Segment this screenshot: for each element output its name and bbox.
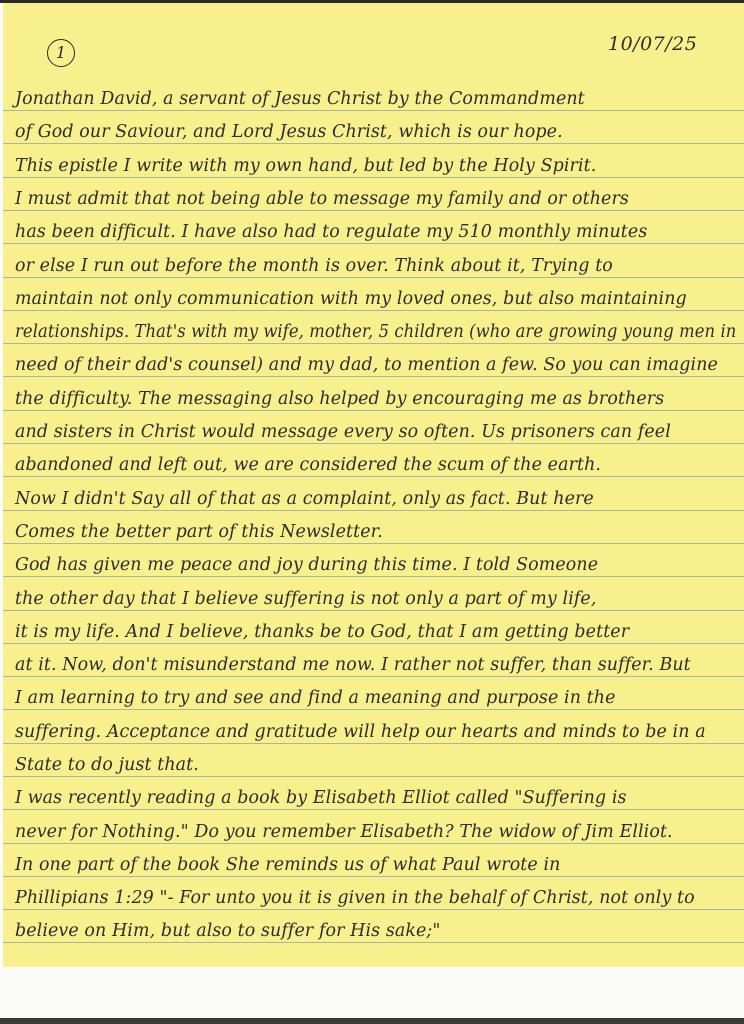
handwritten-line: of God our Saviour, and Lord Jesus Chris…: [15, 121, 737, 143]
handwritten-line: Jonathan David, a servant of Jesus Chris…: [15, 88, 737, 110]
handwritten-line: believe on Him, but also to suffer for H…: [15, 920, 737, 942]
legal-pad-page: 1 10/07/25 Jonathan David, a servant of …: [3, 3, 744, 967]
handwritten-line: abandoned and left out, we are considere…: [15, 454, 737, 476]
handwritten-line: need of their dad's counsel) and my dad,…: [15, 354, 737, 376]
handwritten-line: relationships. That's with my wife, moth…: [15, 321, 693, 343]
handwritten-line: and sisters in Christ would message ever…: [15, 421, 737, 443]
page-number-circle: 1: [47, 39, 75, 67]
ruled-line: [3, 610, 744, 611]
handwritten-line: it is my life. And I believe, thanks be …: [15, 621, 737, 643]
scan-bottom-edge: [0, 1018, 744, 1024]
handwritten-line: I must admit that not being able to mess…: [15, 188, 737, 210]
ruled-line: [3, 243, 744, 244]
ruled-line: [3, 942, 744, 943]
handwritten-line: the difficulty. The messaging also helpe…: [15, 388, 737, 410]
ruled-line: [3, 543, 744, 544]
ruled-line: [3, 443, 744, 444]
ruled-line: [3, 476, 744, 477]
handwritten-line: or else I run out before the month is ov…: [15, 255, 737, 277]
ruled-line: [3, 410, 744, 411]
handwritten-line: I am learning to try and see and find a …: [15, 687, 737, 709]
handwritten-line: Now I didn't Say all of that as a compla…: [15, 488, 737, 510]
handwritten-line: In one part of the book She reminds us o…: [15, 854, 737, 876]
ruled-line: [3, 643, 744, 644]
handwritten-line: God has given me peace and joy during th…: [15, 554, 737, 576]
handwritten-line: the other day that I believe suffering i…: [15, 588, 737, 610]
ruled-line: [3, 709, 744, 710]
ruled-line: [3, 743, 744, 744]
ruled-line: [3, 809, 744, 810]
handwritten-line: suffering. Acceptance and gratitude will…: [15, 721, 737, 743]
handwritten-line: maintain not only communication with my …: [15, 288, 737, 310]
handwritten-line: State to do just that.: [15, 754, 737, 776]
letter-date: 10/07/25: [608, 33, 697, 55]
ruled-line: [3, 909, 744, 910]
ruled-line: [3, 277, 744, 278]
ruled-line: [3, 110, 744, 111]
ruled-line: [3, 310, 744, 311]
handwritten-line: at it. Now, don't misunderstand me now. …: [15, 654, 737, 676]
ruled-line: [3, 376, 744, 377]
ruled-line: [3, 876, 744, 877]
ruled-line: [3, 210, 744, 211]
ruled-line: [3, 576, 744, 577]
handwritten-line: Comes the better part of this Newsletter…: [15, 521, 737, 543]
handwritten-line: I was recently reading a book by Elisabe…: [15, 787, 737, 809]
ruled-line: [3, 343, 744, 344]
ruled-line: [3, 843, 744, 844]
handwritten-line: Phillipians 1:29 "- For unto you it is g…: [15, 887, 737, 909]
handwritten-line: never for Nothing." Do you remember Elis…: [15, 821, 737, 843]
handwritten-line: has been difficult. I have also had to r…: [15, 221, 737, 243]
ruled-line: [3, 776, 744, 777]
ruled-line: [3, 143, 744, 144]
ruled-line: [3, 177, 744, 178]
handwritten-line: This epistle I write with my own hand, b…: [15, 155, 737, 177]
ruled-line: [3, 676, 744, 677]
ruled-line: [3, 510, 744, 511]
